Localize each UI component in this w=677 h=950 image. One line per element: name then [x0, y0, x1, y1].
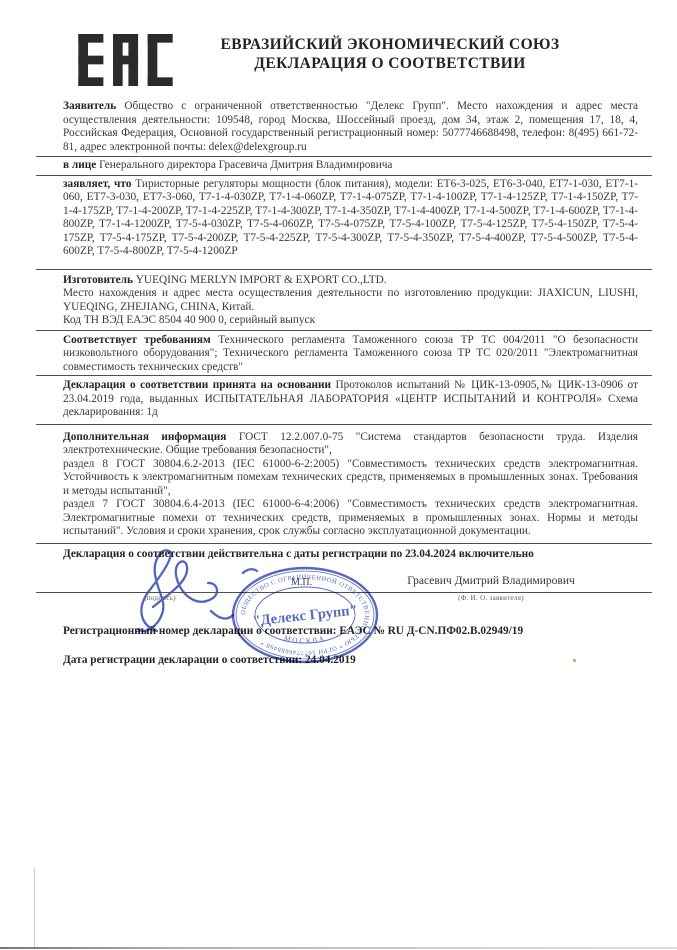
- manufacturer-paragraph: Изготовитель YUEQING MERLYN IMPORT & EXP…: [63, 274, 638, 328]
- basis-lead: Декларация о соответствии принята на осн…: [63, 379, 331, 391]
- signer-name: Грасевич Дмитрий Владимирович: [366, 575, 616, 587]
- stamp-company-name: "Делекс Групп": [252, 603, 359, 630]
- company-stamp: ОБЩЕСТВО С ОГРАНИЧЕННОЙ ОТВЕТСТВЕННОСТЬЮ…: [220, 555, 390, 675]
- manufacturer-address: Место нахождения и адрес места осуществл…: [63, 287, 638, 314]
- additional-info-line1: Дополнительная информация ГОСТ 12.2.007.…: [63, 431, 638, 458]
- applicant-paragraph: Заявитель Общество с ограниченной ответс…: [63, 100, 638, 154]
- scan-page-edge-left: [34, 868, 35, 948]
- manufacturer-name: YUEQING MERLYN IMPORT & EXPORT CO.,LTD.: [136, 274, 387, 286]
- additional-info-lead: Дополнительная информация: [63, 431, 226, 443]
- svg-text:МОСКВА: МОСКВА: [283, 634, 326, 645]
- manufacturer-lead: Изготовитель: [63, 274, 133, 286]
- additional-info-p3: раздел 7 ГОСТ 30804.6.4-2013 (IEC 61000-…: [63, 498, 638, 539]
- scan-speck: [573, 659, 576, 662]
- divider: [36, 269, 652, 270]
- manufacturer-name-line: Изготовитель YUEQING MERLYN IMPORT & EXP…: [63, 274, 638, 288]
- in-person-text: Генерального директора Грасевича Дмитрия…: [99, 159, 392, 171]
- name-caption: (Ф. И. О. заявителя): [366, 594, 616, 602]
- divider: [36, 330, 652, 331]
- basis-paragraph: Декларация о соответствии принята на осн…: [63, 379, 638, 420]
- declaration-document: ЕВРАЗИЙСКИЙ ЭКОНОМИЧЕСКИЙ СОЮЗ ДЕКЛАРАЦИ…: [0, 0, 677, 950]
- declares-lead: заявляет, что: [63, 178, 131, 190]
- scan-page-edge-bottom: [0, 947, 677, 949]
- divider: [36, 424, 652, 425]
- in-person-lead: в лице: [63, 159, 96, 171]
- in-person-row: в лице Генерального директора Грасевича …: [63, 157, 638, 175]
- complies-paragraph: Соответствует требованиям Технического р…: [63, 334, 638, 375]
- additional-info-paragraph: Дополнительная информация ГОСТ 12.2.007.…: [63, 431, 638, 539]
- document-body: Заявитель Общество с ограниченной ответс…: [36, 0, 652, 667]
- product-models-text: Тиристорные регуляторы мощности (блок пи…: [63, 178, 638, 258]
- stamp-city-text: МОСКВА: [283, 634, 326, 645]
- tnved-code-line: Код ТН ВЭД ЕАЭС 8504 40 900 0, серийный …: [63, 314, 638, 328]
- applicant-text: Общество с ограниченной ответственностью…: [63, 100, 638, 153]
- signature-area: М.П. Грасевич Дмитрий Владимирович (подп…: [36, 565, 652, 625]
- divider: [36, 375, 652, 376]
- additional-info-p2: раздел 8 ГОСТ 30804.6.2-2013 (IEC 61000-…: [63, 458, 638, 499]
- divider: [36, 543, 652, 544]
- declares-paragraph: заявляет, что Тиристорные регуляторы мощ…: [63, 178, 638, 259]
- applicant-lead: Заявитель: [63, 100, 116, 112]
- signature-caption: (подпись): [100, 594, 220, 602]
- divider: [36, 175, 652, 176]
- complies-lead: Соответствует требованиям: [63, 334, 211, 346]
